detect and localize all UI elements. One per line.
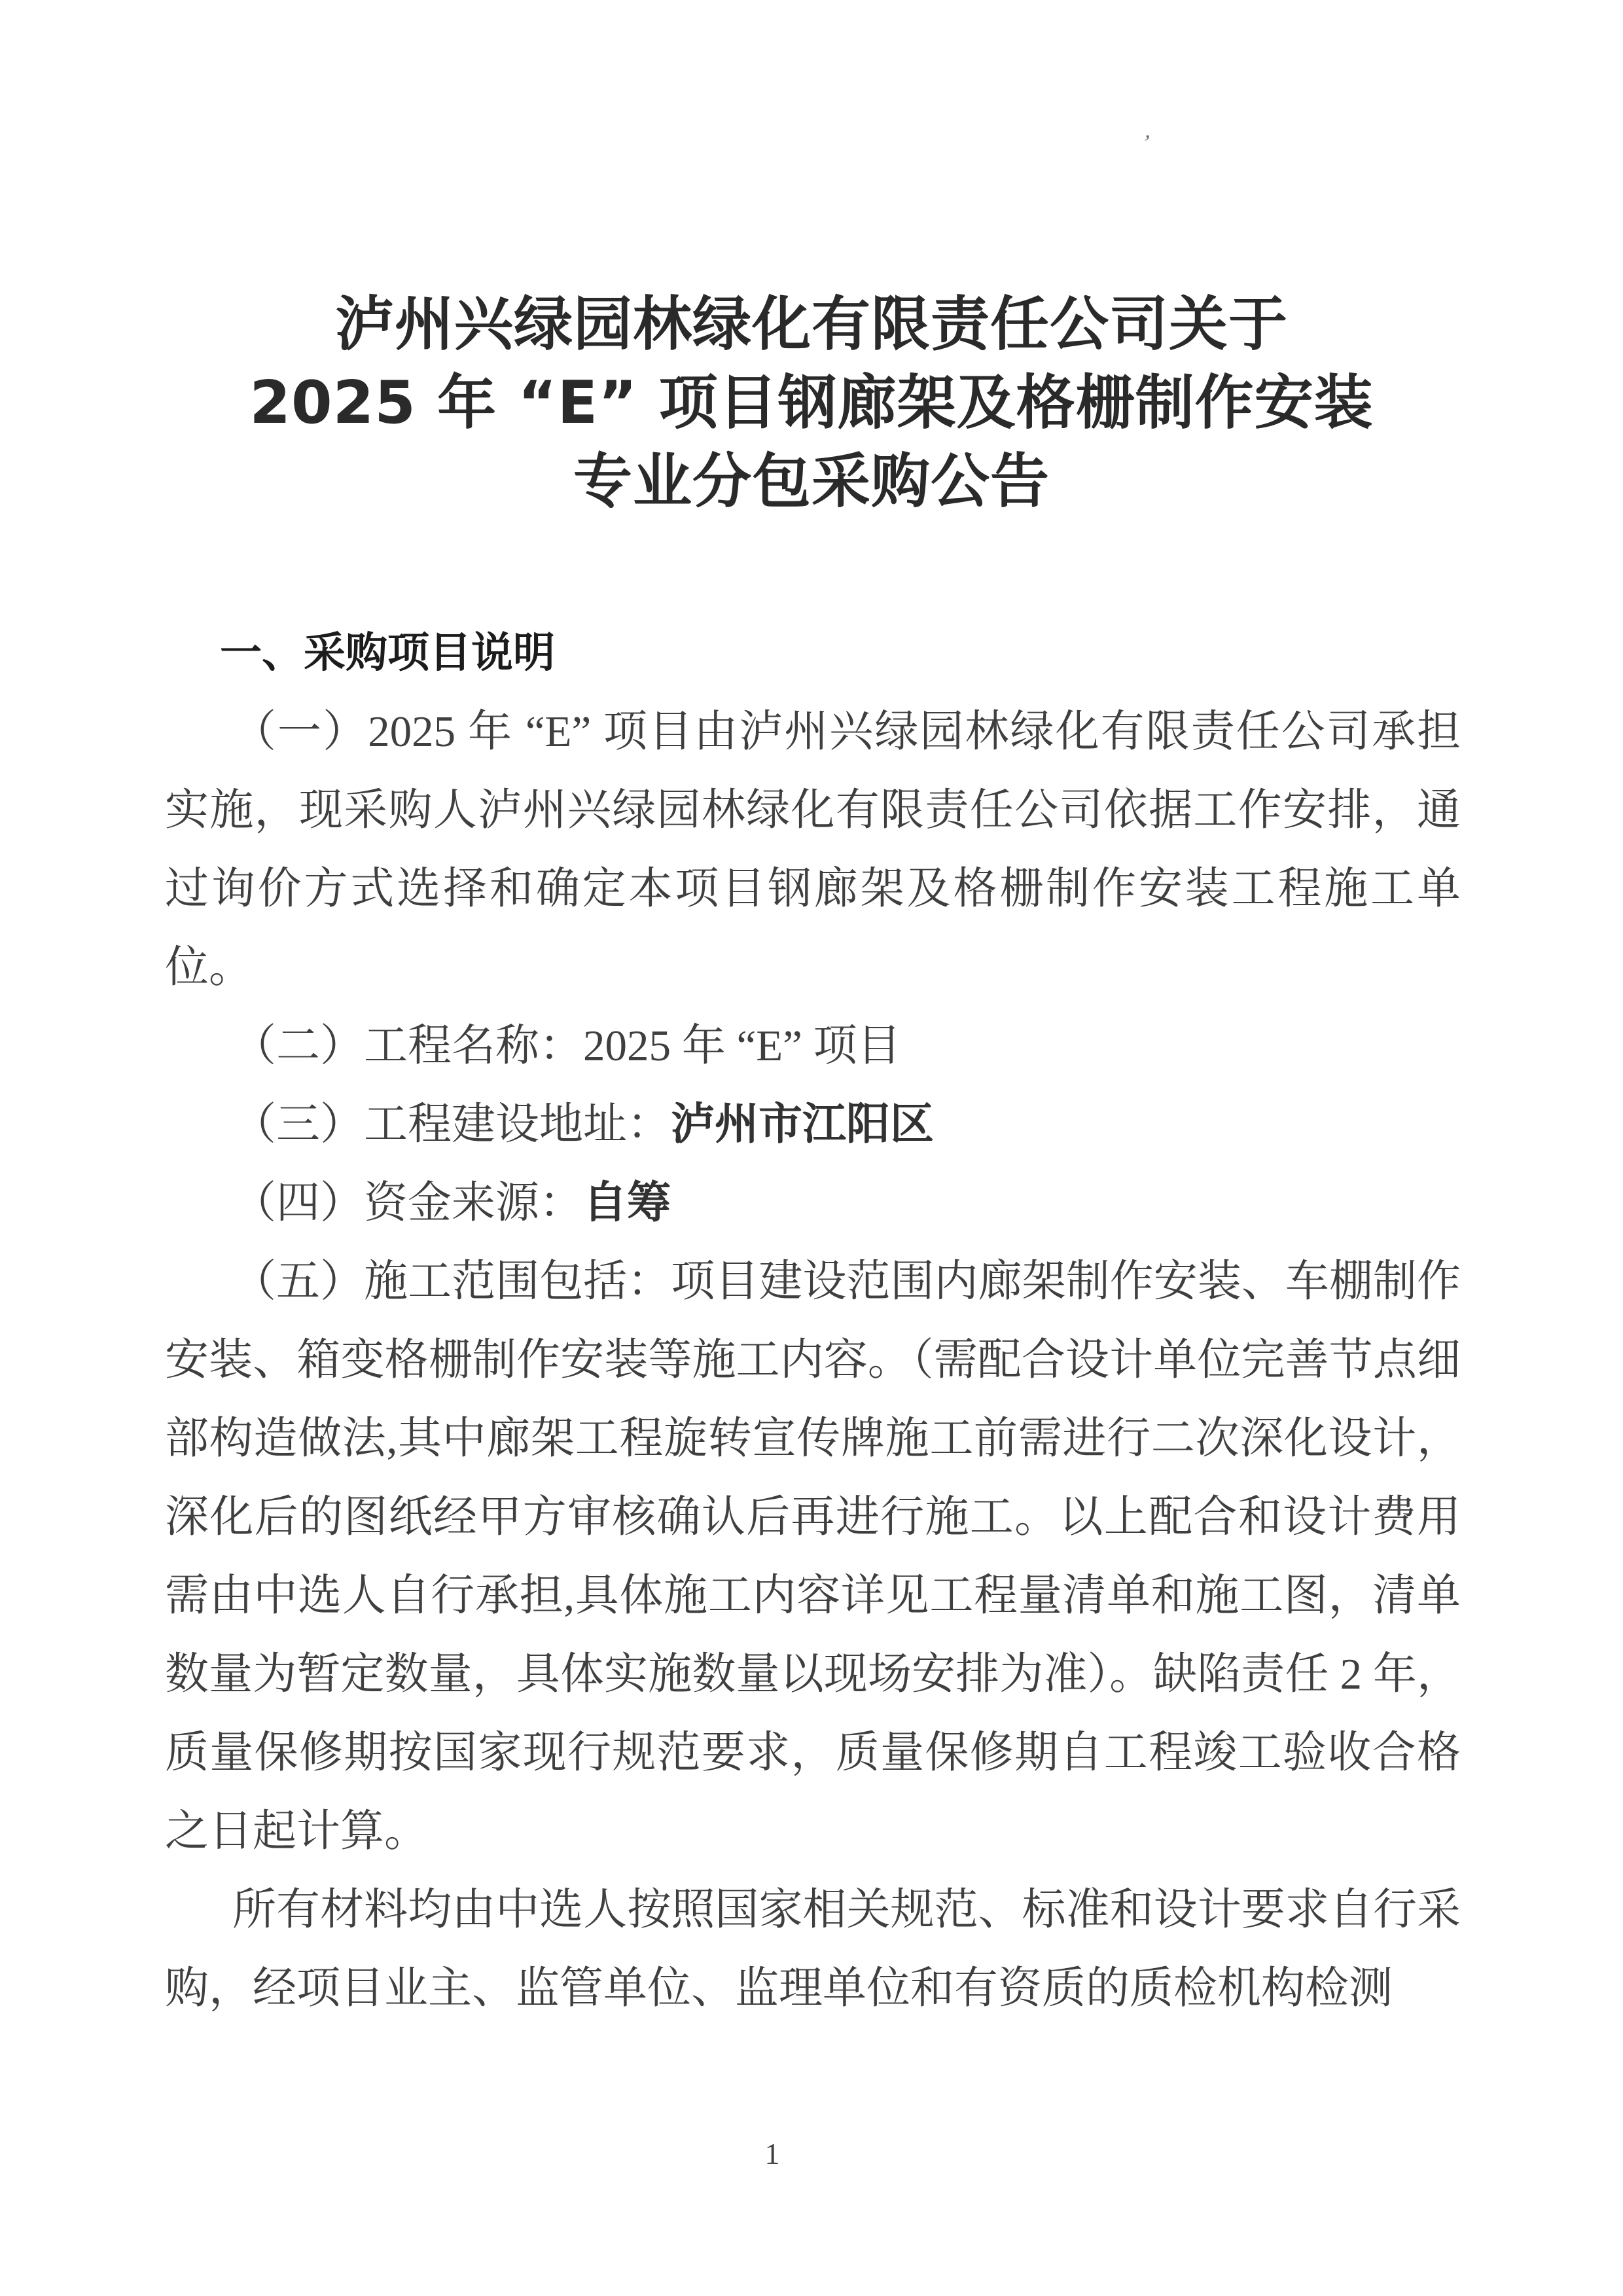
paragraph-project-address: （三）工程建设地址：泸州市江阳区 xyxy=(165,1085,1461,1164)
paragraph-project-overview: （一）2025 年 “E” 项目由泸州兴绿园林绿化有限责任公司承担实施，现采购人… xyxy=(165,692,1461,1007)
funding-source-value: 自筹 xyxy=(583,1179,671,1227)
document-page: ʼ 泸州兴绿园林绿化有限责任公司关于 2025 年 “E” 项目钢廊架及格栅制作… xyxy=(0,0,1623,2296)
title-line-2: 2025 年 “E” 项目钢廊架及格栅制作安装 xyxy=(0,364,1623,442)
document-body: 一、采购项目说明 （一）2025 年 “E” 项目由泸州兴绿园林绿化有限责任公司… xyxy=(165,614,1461,2028)
document-title: 泸州兴绿园林绿化有限责任公司关于 2025 年 “E” 项目钢廊架及格栅制作安装… xyxy=(0,285,1623,521)
project-address-label: （三）工程建设地址： xyxy=(232,1100,671,1149)
title-line-3: 专业分包采购公告 xyxy=(0,442,1623,521)
section-1-heading: 一、采购项目说明 xyxy=(165,614,1461,692)
project-address-value: 泸州市江阳区 xyxy=(671,1100,934,1149)
paragraph-materials: 所有材料均由中选人按照国家相关规范、标准和设计要求自行采购，经项目业主、监管单位… xyxy=(165,1871,1461,2028)
paragraph-construction-scope: （五）施工范围包括：项目建设范围内廊架制作安装、车棚制作安装、箱变格栅制作安装等… xyxy=(165,1242,1461,1871)
funding-source-label: （四）资金来源： xyxy=(232,1179,583,1227)
paragraph-project-name: （二）工程名称：2025 年 “E” 项目 xyxy=(165,1007,1461,1085)
title-line-1: 泸州兴绿园林绿化有限责任公司关于 xyxy=(0,285,1623,364)
scan-speck-mark: ʼ xyxy=(1141,132,1152,154)
paragraph-funding-source: （四）资金来源：自筹 xyxy=(165,1164,1461,1242)
page-number: 1 xyxy=(758,2139,787,2169)
